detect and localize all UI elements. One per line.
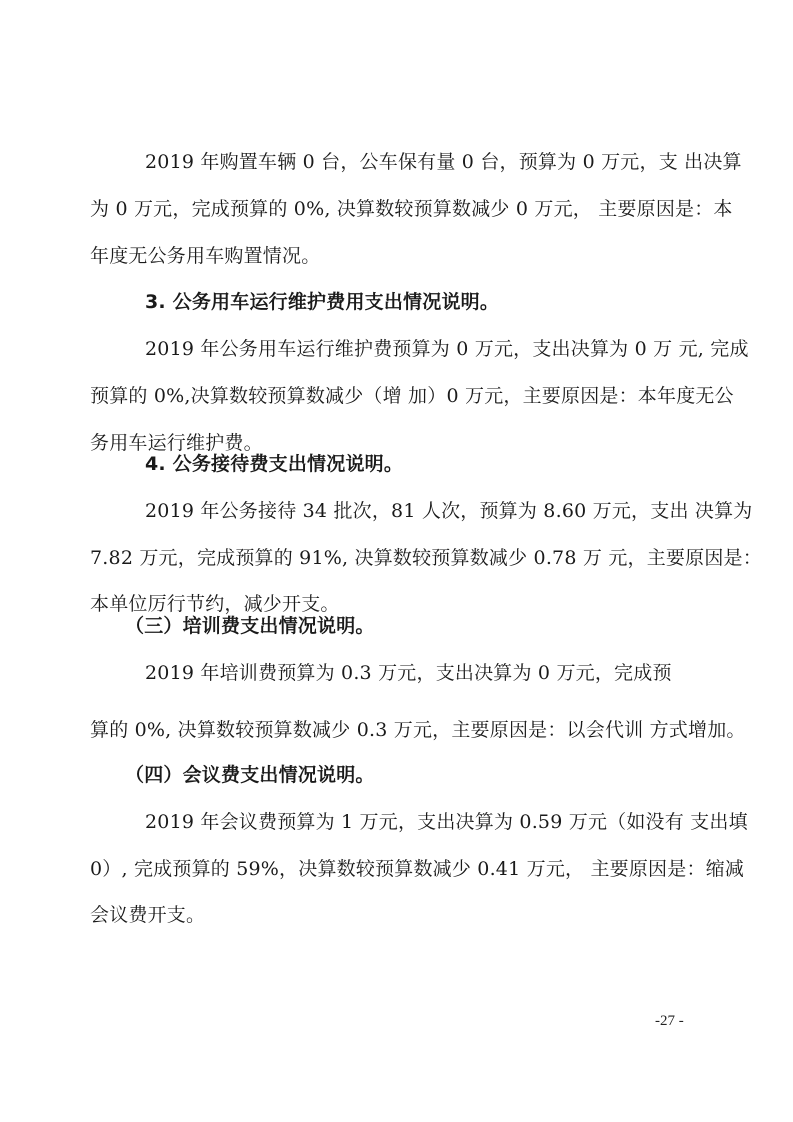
section-heading: （四）会议费支出情况说明。 — [125, 763, 755, 787]
paragraph-line: 2019 年购置车辆 0 台，公车保有量 0 台，预算为 0 万元，支 出决算 — [145, 150, 720, 174]
paragraph-line: 年度无公务用车购置情况。 — [90, 244, 720, 268]
section-heading: （三）培训费支出情况说明。 — [125, 614, 755, 638]
paragraph-line: 2019 年公务接待 34 批次，81 人次，预算为 8.60 万元，支出 决算… — [145, 499, 720, 523]
paragraph-line: 0）, 完成预算的 59%，决算数较预算数减少 0.41 万元， 主要原因是：缩… — [90, 857, 720, 881]
page-number: -27 - — [655, 1013, 684, 1030]
paragraph-line: 2019 年会议费预算为 1 万元，支出决算为 0.59 万元（如没有 支出填 — [145, 810, 720, 834]
paragraph-line: 预算的 0%,决算数较预算数减少（增 加）0 万元，主要原因是：本年度无公 — [90, 384, 720, 408]
paragraph-line: 算的 0%, 决算数较预算数减少 0.3 万元，主要原因是：以会代训 方式增加。 — [90, 718, 720, 742]
paragraph-line: 7.82 万元，完成预算的 91%, 决算数较预算数减少 0.78 万 元，主要… — [90, 546, 720, 570]
paragraph-line: 本单位厉行节约，减少开支。 — [90, 592, 720, 616]
document-page: 2019 年购置车辆 0 台，公车保有量 0 台，预算为 0 万元，支 出决算 … — [0, 0, 793, 1122]
paragraph-line: 为 0 万元，完成预算的 0%, 决算数较预算数减少 0 万元， 主要原因是：本 — [90, 197, 720, 221]
paragraph-line: 2019 年公务用车运行维护费预算为 0 万元，支出决算为 0 万 元, 完成 — [145, 337, 720, 361]
paragraph-line: 会议费开支。 — [90, 903, 720, 927]
section-heading: 4. 公务接待费支出情况说明。 — [145, 452, 720, 476]
paragraph-line: 2019 年培训费预算为 0.3 万元，支出决算为 0 万元，完成预 — [145, 661, 720, 685]
section-heading: 3. 公务用车运行维护费用支出情况说明。 — [145, 290, 720, 314]
